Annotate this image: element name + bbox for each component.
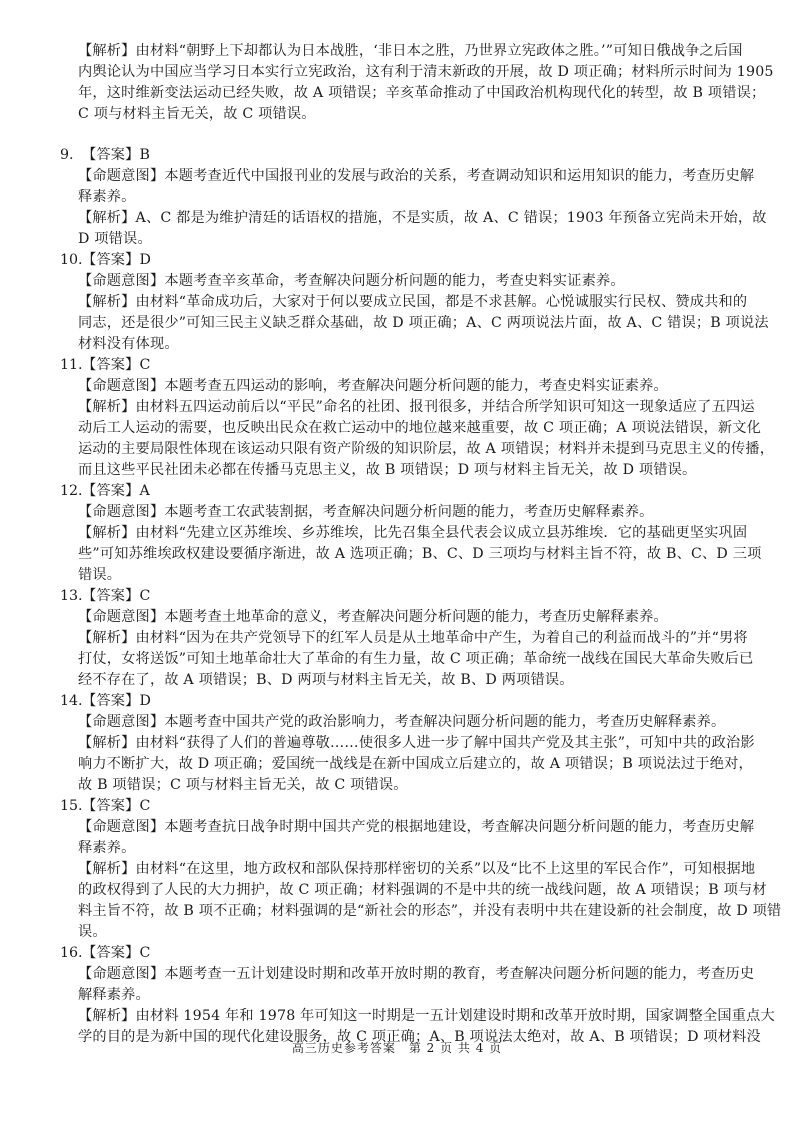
text-line: 的政权得到了人民的大力拥护，故 C 项正确；材料强调的不是中共的统一战线问题，故… [78, 880, 718, 900]
intent-line: 【命题意图】本题考查辛亥革命，考查解决问题分析问题的能力，考查史料实证素养。 [78, 271, 718, 291]
answer-line: 【答案】D [82, 250, 722, 270]
answer-line: 【答案】C [82, 586, 722, 606]
analysis-line: 【解析】A、C 都是为维护清廷的话语权的措施，不是实质，故 A、C 错误；190… [78, 208, 718, 228]
intent-line: 【命题意图】本题考查五四运动的影响，考查解决问题分析问题的能力，考查史料实证素养… [78, 376, 718, 396]
question-number: 10. [60, 250, 83, 270]
analysis-line: 【解析】由材料“朝野上下却都认为日本战胜，‘非日本之胜，乃世界立宪政体之胜。’”… [78, 41, 718, 61]
question-number: 13. [60, 586, 83, 606]
text-line: 释素养。 [78, 187, 718, 207]
answer-line: 【答案】D [82, 691, 722, 711]
intent-line: 【命题意图】本题考查中国共产党的政治影响力，考查解决问题分析问题的能力，考查历史… [78, 712, 718, 732]
page-footer: 高三历史参考答案 第 2 页 共 4 页 [0, 1040, 794, 1056]
question-number: 12. [60, 481, 83, 501]
document-page: 【解析】由材料“朝野上下却都认为日本战胜，‘非日本之胜，乃世界立宪政体之胜。’”… [0, 0, 794, 1122]
text-line: 内舆论认为中国应当学习日本实行立宪政治，这有利于清末新政的开展，故 D 项正确；… [78, 62, 718, 82]
analysis-line: 【解析】由材料“在这里，地方政权和部队保持那样密切的关系”以及“比不上这里的军民… [78, 859, 718, 879]
question-number: 15. [60, 796, 83, 816]
intent-line: 【命题意图】本题考查抗日战争时期中国共产党的根据地建设，考查解决问题分析问题的能… [78, 817, 718, 837]
text-line: 经不存在了，故 A 项错误；B、D 两项与材料主旨无关，故 B、D 两项错误。 [78, 670, 718, 690]
text-line: 动后工人运动的需要，也反映出民众在救亡运动中的地位越来越重要，故 C 项正确；A… [78, 418, 718, 438]
analysis-line: 【解析】由材料“因为在共产党领导下的红军人员是从土地革命中产生，为着自己的利益而… [78, 628, 718, 648]
text-line: 同志，还是很少”可知三民主义缺乏群众基础，故 D 项正确；A、C 两项说法片面，… [78, 313, 718, 333]
analysis-line: 【解析】由材料“获得了人们的普遍尊敬……使很多人进一步了解中国共产党及其主张”，… [78, 733, 718, 753]
text-line: 材料没有体现。 [78, 334, 718, 354]
text-line: 料主旨不符，故 B 项不正确；材料强调的是“新社会的形态”，并没有表明中共在建设… [78, 901, 718, 921]
question-number: 11. [60, 355, 83, 375]
text-line: 打仗，女将送饭”可知土地革命壮大了革命的有生力量，故 C 项正确；革命统一战线在… [78, 649, 718, 669]
question-number: 14. [60, 691, 83, 711]
text-line: 释素养。 [78, 838, 718, 858]
question-number: 9. [60, 145, 74, 165]
text-line: 年，这时维新变法运动已经失败，故 A 项错误；辛亥革命推动了中国政治机构现代化的… [78, 83, 718, 103]
text-line: 运动的主要局限性体现在该运动只限有资产阶级的知识阶层，故 A 项错误；材料并未提… [78, 439, 718, 459]
answer-line: 【答案】A [82, 481, 722, 501]
analysis-line: 【解析】由材料“革命成功后，大家对于何以要成立民国，都是不求甚解。心悦诚服实行民… [78, 292, 718, 312]
text-line: 响力不断扩大，故 D 项正确；爱国统一战线是在新中国成立后建立的，故 A 项错误… [78, 754, 718, 774]
answer-line: 【答案】B [82, 145, 722, 165]
text-line: 而且这些平民社团未必都在传播马克思主义，故 B 项错误；D 项与材料主旨无关，故… [78, 460, 718, 480]
analysis-line: 【解析】由材料 1954 年和 1978 年可知这一时期是一五计划建设时期和改革… [78, 1006, 718, 1026]
intent-line: 【命题意图】本题考查工农武装割据，考查解决问题分析问题的能力，考查历史解释素养。 [78, 502, 718, 522]
intent-line: 【命题意图】本题考查一五计划建设时期和改革开放时期的教育，考查解决问题分析问题的… [78, 964, 718, 984]
text-line: D 项错误。 [78, 229, 718, 249]
text-line: 解释素养。 [78, 985, 718, 1005]
analysis-line: 【解析】由材料五四运动前后以“平民”命名的社团、报刊很多，并结合所学知识可知这一… [78, 397, 718, 417]
text-line: 错误。 [78, 565, 718, 585]
answer-line: 【答案】C [82, 796, 722, 816]
analysis-line: 【解析】由材料“先建立区苏维埃、乡苏维埃，比先召集全县代表会议成立县苏维埃．它的… [78, 523, 718, 543]
text-line: 误。 [78, 922, 718, 942]
answer-line: 【答案】C [82, 355, 722, 375]
intent-line: 【命题意图】本题考查近代中国报刊业的发展与政治的关系，考查调动知识和运用知识的能… [78, 166, 718, 186]
text-line: 故 B 项错误；C 项与材料主旨无关，故 C 项错误。 [78, 775, 718, 795]
text-line: 些”可知苏维埃政权建设要循序渐进，故 A 选项正确；B、C、D 三项均与材料主旨… [78, 544, 718, 564]
text-line: C 项与材料主旨无关，故 C 项错误。 [78, 104, 718, 124]
intent-line: 【命题意图】本题考查土地革命的意义，考查解决问题分析问题的能力，考查历史解释素养… [78, 607, 718, 627]
question-number: 16. [60, 943, 83, 963]
answer-line: 【答案】C [82, 943, 722, 963]
